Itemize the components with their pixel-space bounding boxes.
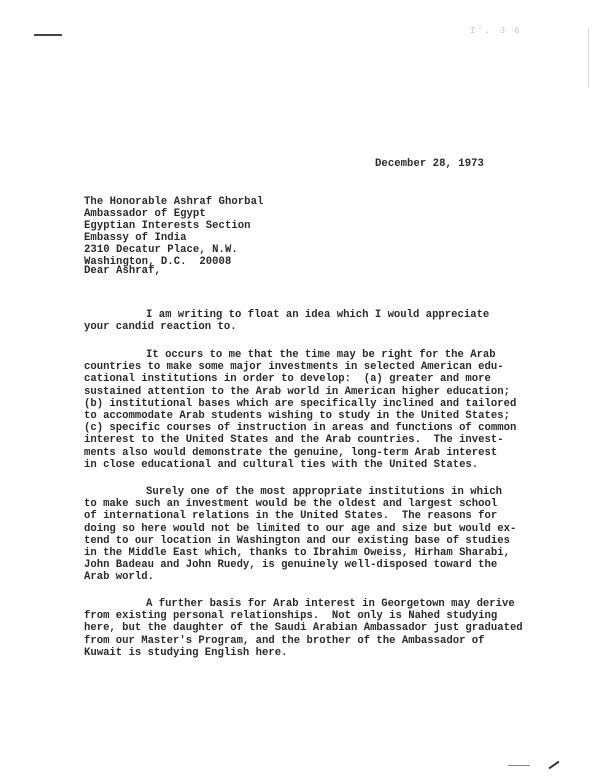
recipient-line: The Honorable Ashraf Ghorbal: [84, 196, 263, 208]
paragraph-line: interest to the United States and the Ar…: [84, 434, 564, 446]
letter-page: I'. 3 6 December 28, 1973 The Honorable …: [0, 0, 595, 778]
paragraph-line: to make such an investment would be the …: [84, 498, 564, 510]
paragraph-2: It occurs to me that the time may be rig…: [84, 349, 564, 471]
paragraph-line: to accommodate Arab students wishing to …: [84, 410, 564, 422]
recipient-line: Embassy of India: [84, 232, 187, 244]
letter-date: December 28, 1973: [375, 158, 484, 170]
paragraph-line: from our Master's Program, and the broth…: [84, 635, 564, 647]
paragraph-line: from existing personal relationships. No…: [84, 610, 564, 622]
paragraph-line: in the Middle East which, thanks to Ibra…: [84, 547, 564, 559]
recipient-line: 2310 Decatur Place, N.W.: [84, 244, 238, 256]
scan-artifact: [508, 765, 530, 766]
paragraph-3: Surely one of the most appropriate insti…: [84, 486, 564, 584]
paragraph-line: tend to our location in Washington and o…: [84, 535, 564, 547]
paragraph-line: your candid reaction to.: [84, 321, 564, 333]
paragraph-line: John Badeau and John Ruedy, is genuinely…: [84, 559, 564, 571]
paragraph-1: I am writing to float an idea which I wo…: [84, 309, 564, 333]
recipient-line: Egyptian Interests Section: [84, 220, 251, 232]
paragraph-line: Arab world.: [84, 571, 564, 583]
paragraph-line: sustained attention to the Arab world in…: [84, 386, 564, 398]
paragraph-line: countries to make some major investments…: [84, 361, 564, 373]
paragraph-line: Kuwait is studying English here.: [84, 647, 564, 659]
margin-mark: [34, 34, 62, 36]
paragraph-line: here, but the daughter of the Saudi Arab…: [84, 622, 564, 634]
paragraph-4: A further basis for Arab interest in Geo…: [84, 598, 564, 659]
paragraph-line: (c) specific courses of instruction in a…: [84, 422, 564, 434]
paragraph-line: in close educational and cultural ties w…: [84, 459, 564, 471]
paragraph-line: A further basis for Arab interest in Geo…: [84, 598, 564, 610]
recipient-line: Ambassador of Egypt: [84, 208, 206, 220]
paragraph-line: cational institutions in order to develo…: [84, 373, 564, 385]
page-edge-mark: [588, 28, 589, 88]
paragraph-line: (b) institutional bases which are specif…: [84, 398, 564, 410]
archive-stamp: I'. 3 6: [470, 26, 522, 36]
scan-artifact: [549, 761, 560, 770]
paragraph-line: of international relations in the United…: [84, 510, 564, 522]
paragraph-line: Surely one of the most appropriate insti…: [84, 486, 564, 498]
paragraph-line: It occurs to me that the time may be rig…: [84, 349, 564, 361]
paragraph-line: I am writing to float an idea which I wo…: [84, 309, 564, 321]
paragraph-line: doing so here would not be limited to ou…: [84, 523, 564, 535]
salutation: Dear Ashraf,: [84, 265, 161, 277]
paragraph-line: ments also would demonstrate the genuine…: [84, 447, 564, 459]
